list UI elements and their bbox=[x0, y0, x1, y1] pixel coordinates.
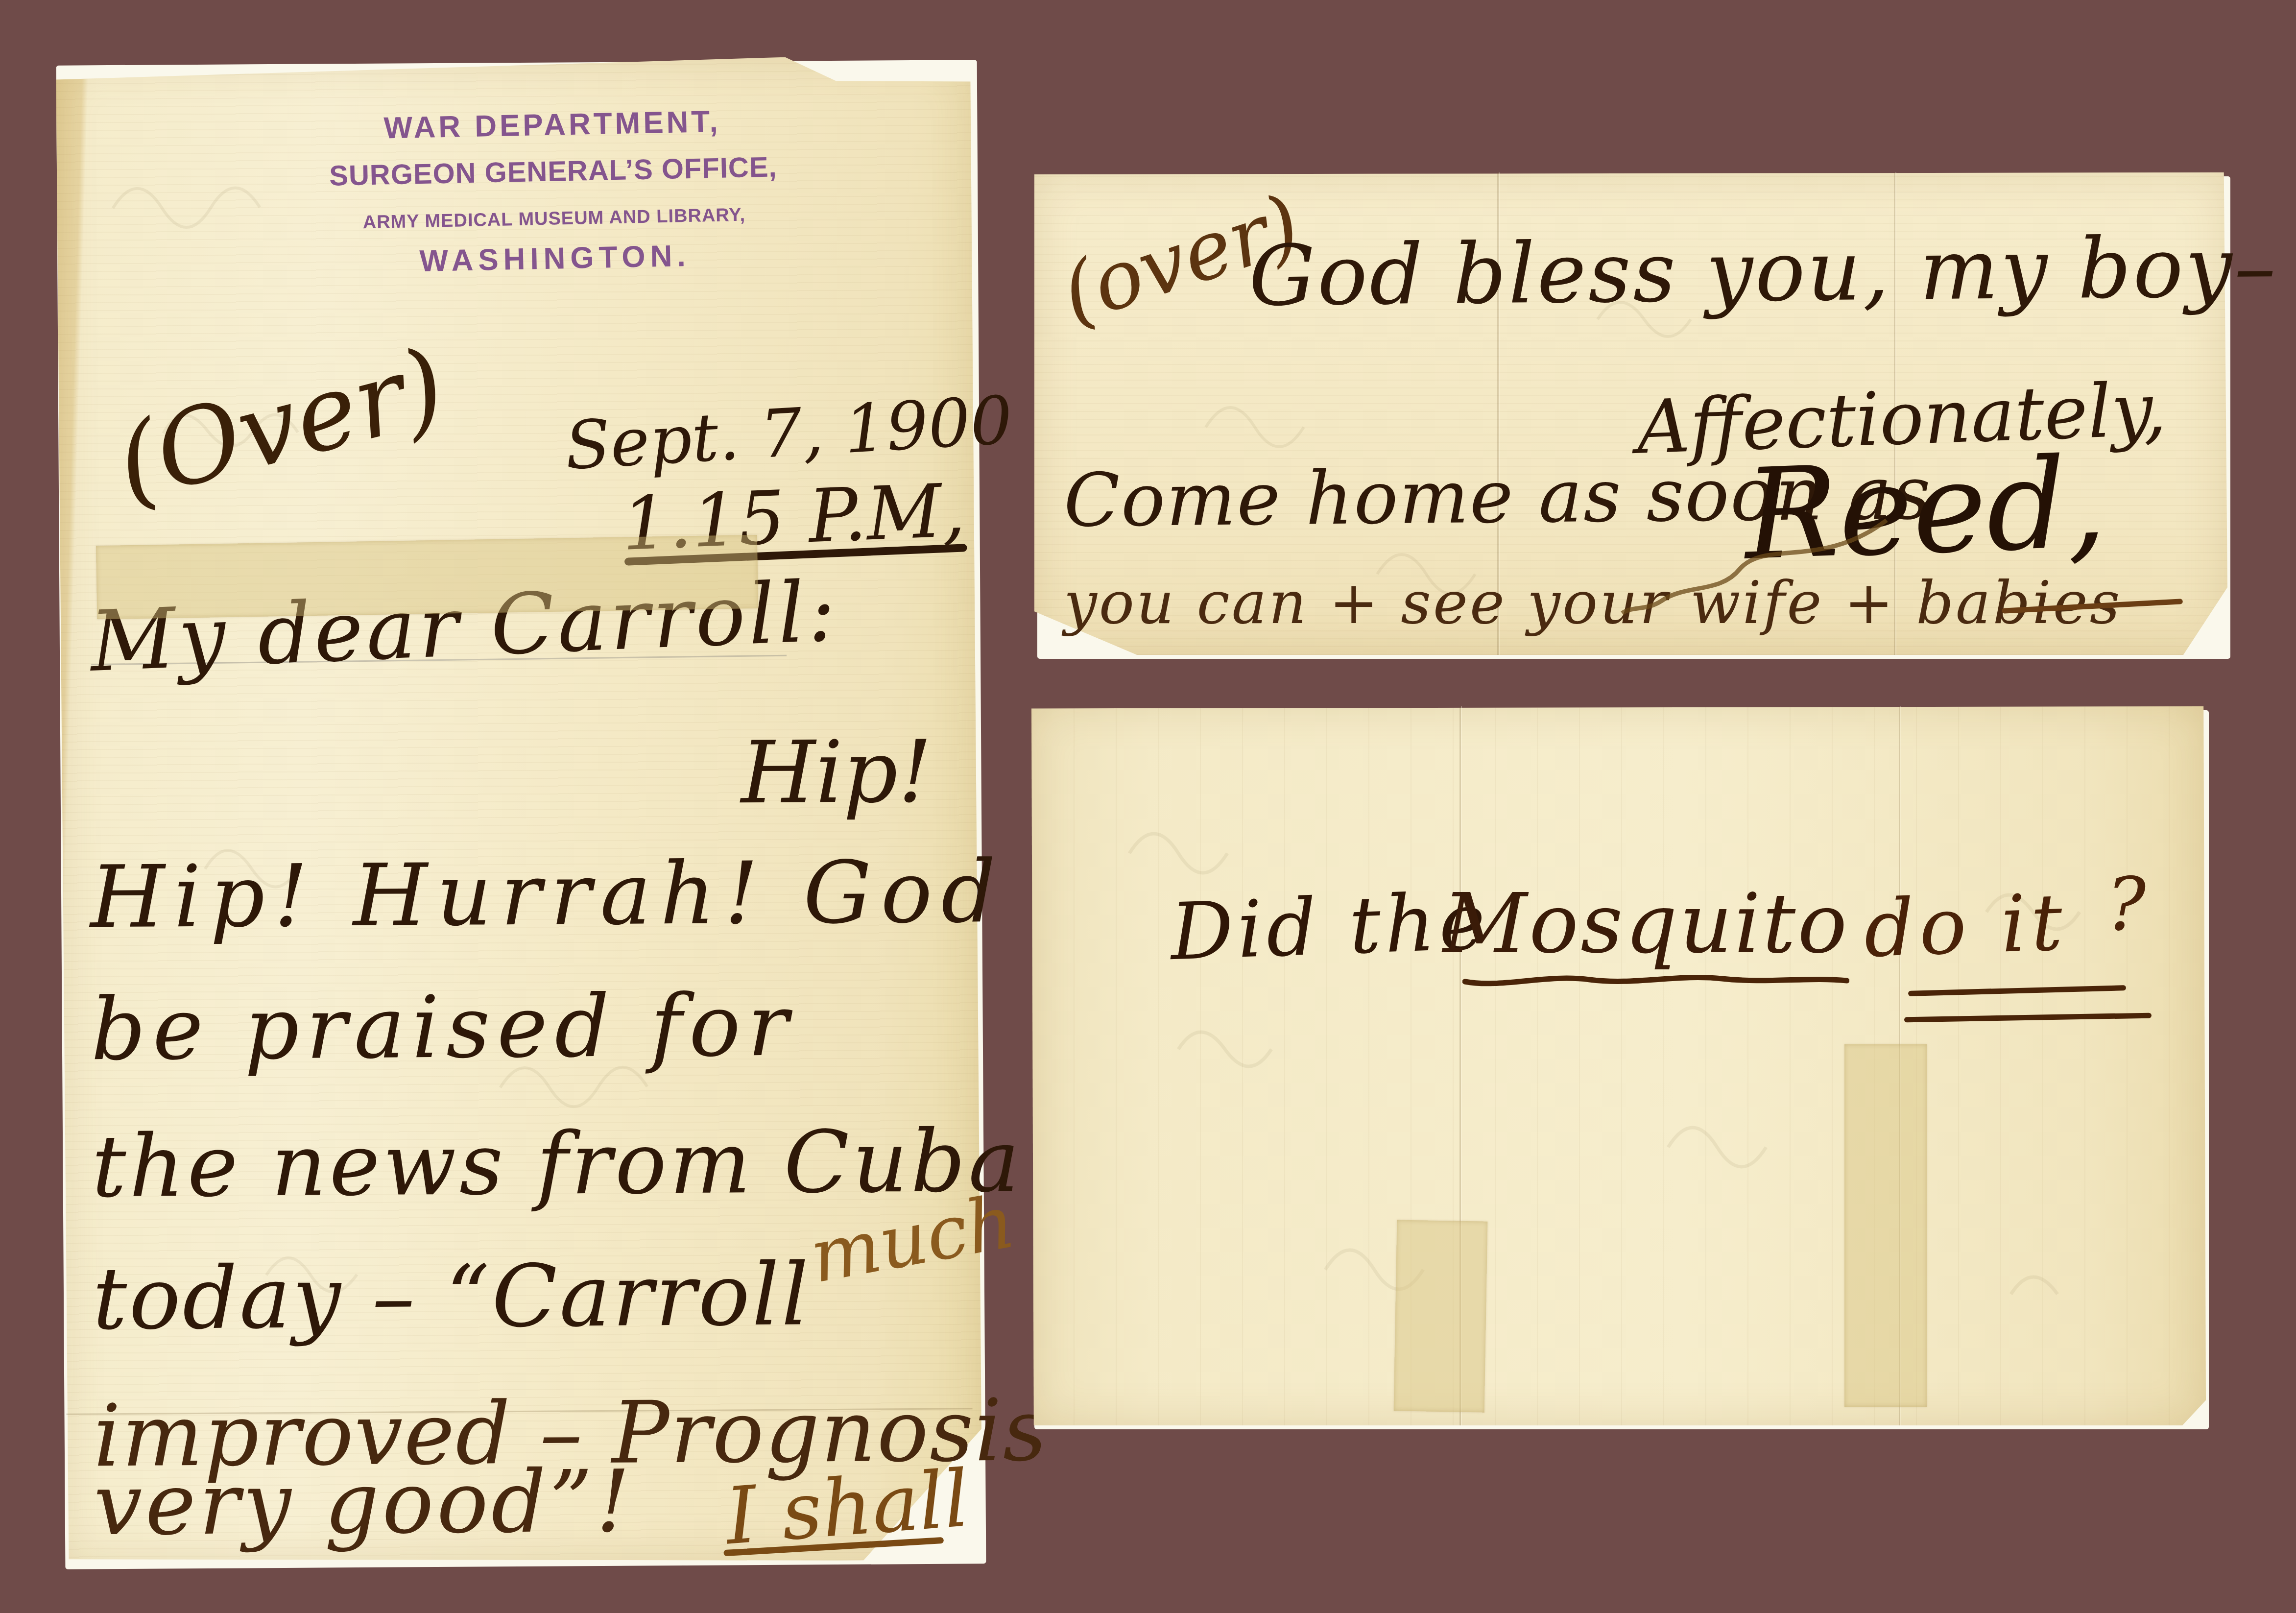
body-line-7: very good”! bbox=[94, 1459, 633, 1548]
body-line-4: the news from Cuba bbox=[92, 1119, 1023, 1210]
letterhead-line2: SURGEON GENERAL’S OFFICE, bbox=[264, 149, 842, 194]
tape-strip-vertical-right bbox=[1844, 1044, 1927, 1407]
note-paper bbox=[1031, 706, 2206, 1425]
letterhead: WAR DEPARTMENT, SURGEON GENERAL’S OFFICE… bbox=[263, 102, 844, 282]
scanned-letter-composite: WAR DEPARTMENT, SURGEON GENERAL’S OFFICE… bbox=[0, 0, 2296, 1613]
mosquito-prefix: Did the bbox=[1169, 882, 1490, 972]
note-mosquito: Did the Mosquito do it ? bbox=[1031, 706, 2206, 1425]
mosquito-word: Mosquito bbox=[1443, 883, 1849, 965]
mosquito-underline-stroke bbox=[1462, 971, 1849, 990]
closing-line-1: God bless you, my boy– bbox=[1248, 226, 2278, 318]
question-mark: ? bbox=[2106, 868, 2146, 941]
body-line-2: Hip! Hurrah! God bbox=[90, 849, 1005, 940]
body-line-3: be praised for bbox=[91, 983, 795, 1073]
tape-strip-horizontal bbox=[96, 535, 758, 619]
tape-strip-vertical-left bbox=[1394, 1220, 1488, 1412]
letter-page: WAR DEPARTMENT, SURGEON GENERAL’S OFFICE… bbox=[53, 56, 983, 1565]
closing-line-4: you can + see your wife + babies bbox=[1064, 574, 2122, 633]
note-closing: (over) God bless you, my boy– Affectiona… bbox=[1034, 172, 2227, 655]
letterhead-line3: ARMY MEDICAL MUSEUM AND LIBRARY, bbox=[265, 203, 843, 236]
do-it-words: do it bbox=[1863, 883, 2068, 968]
body-line-hip-right: Hip! bbox=[741, 729, 933, 816]
signature-flourish bbox=[1617, 510, 1891, 618]
body-line-5: today – “Carroll bbox=[93, 1252, 811, 1342]
